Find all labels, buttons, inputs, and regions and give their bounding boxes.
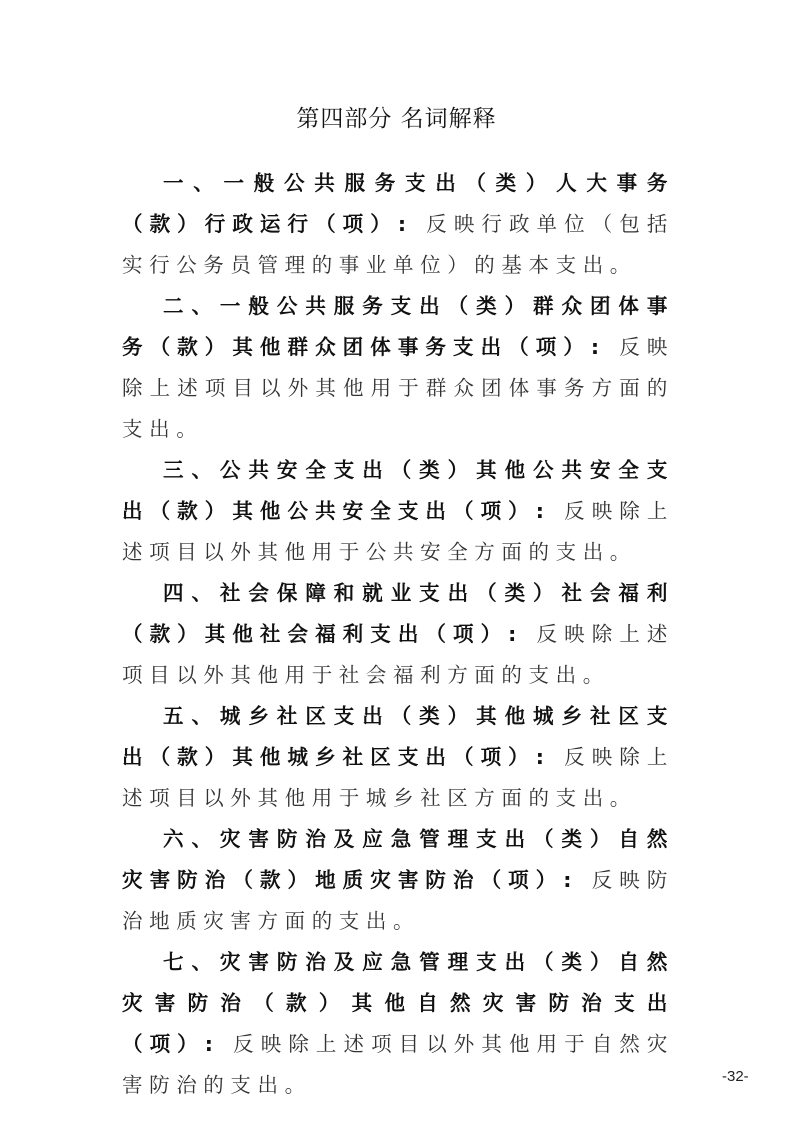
glossary-content: 一、一般公共服务支出（类）人大事务（款）行政运行（项）: 反映行政单位（包括实行…	[122, 163, 674, 1106]
glossary-entry-3: 三、公共安全支出（类）其他公共安全支出（款）其他公共安全支出（项）: 反映除上述…	[122, 450, 674, 573]
glossary-entry-6: 六、灾害防治及应急管理支出（类）自然灾害防治（款）地质灾害防治（项）: 反映防治…	[122, 819, 674, 942]
page-title: 第四部分 名词解释	[0, 100, 793, 133]
glossary-entry-7: 七、灾害防治及应急管理支出（类）自然灾害防治（款）其他自然灾害防治支出（项）: …	[122, 942, 674, 1106]
entry-term: 二、一般公共服务支出（类）群众团体事务（款）其他群众团体事务支出（项）:	[122, 294, 674, 359]
page-number: -32-	[722, 1068, 749, 1085]
glossary-entry-4: 四、社会保障和就业支出（类）社会福利（款）其他社会福利支出（项）: 反映除上述项…	[122, 573, 674, 696]
glossary-entry-1: 一、一般公共服务支出（类）人大事务（款）行政运行（项）: 反映行政单位（包括实行…	[122, 163, 674, 286]
glossary-entry-5: 五、城乡社区支出（类）其他城乡社区支出（款）其他城乡社区支出（项）: 反映除上述…	[122, 696, 674, 819]
glossary-entry-2: 二、一般公共服务支出（类）群众团体事务（款）其他群众团体事务支出（项）: 反映除…	[122, 286, 674, 450]
